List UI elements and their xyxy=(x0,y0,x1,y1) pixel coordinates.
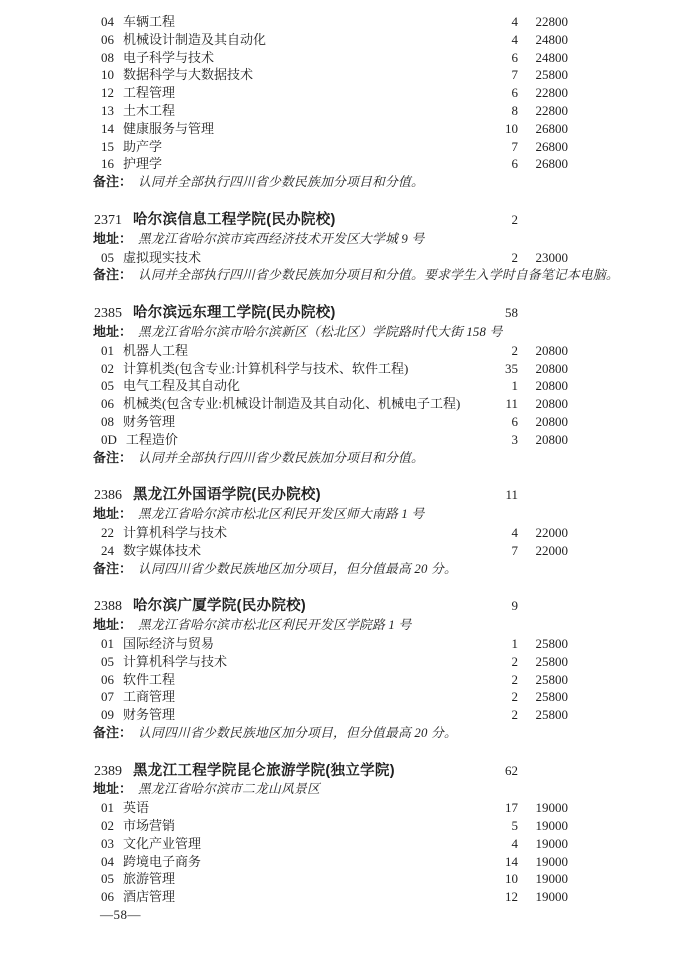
major-code: 08 xyxy=(101,49,114,67)
major-row: 07 工商管理 2 25800 xyxy=(94,688,568,706)
major-plan-count: 4 xyxy=(478,31,518,49)
major-name: 文化产业管理 xyxy=(123,835,478,853)
major-row: 06 酒店管理 12 19000 xyxy=(94,888,568,906)
major-code: 10 xyxy=(101,66,114,84)
major-tuition-fee: 23000 xyxy=(518,249,568,267)
major-code: 22 xyxy=(101,524,114,542)
address-row: 地址： 黑龙江省哈尔滨市哈尔滨新区（松北区）学院路时代大街 158 号 xyxy=(93,323,666,342)
major-tuition-fee: 19000 xyxy=(518,835,568,853)
major-name: 工程管理 xyxy=(123,84,478,102)
major-row: 02 市场营销 5 19000 xyxy=(94,817,568,835)
major-code: 13 xyxy=(101,102,114,120)
major-name: 机械类(包含专业:机械设计制造及其自动化、机械电子工程) xyxy=(123,395,478,413)
address-row: 地址： 黑龙江省哈尔滨市松北区利民开发区学院路 1 号 xyxy=(93,616,666,635)
university-name: 哈尔滨广厦学院(民办院校) xyxy=(133,598,478,616)
major-tuition-fee: 20800 xyxy=(518,413,568,431)
majors-list: 01 英语 17 19000 02 市场营销 5 19000 03 文化产业管理… xyxy=(0,799,680,906)
major-tuition-fee: 19000 xyxy=(518,817,568,835)
major-name: 软件工程 xyxy=(123,671,478,689)
major-plan-count: 10 xyxy=(478,870,518,888)
university-total-count: 58 xyxy=(478,304,518,322)
major-name: 计算机科学与技术 xyxy=(123,524,478,542)
major-row: 04 车辆工程 4 22800 xyxy=(94,13,568,31)
major-code: 09 xyxy=(101,706,114,724)
university-name: 哈尔滨信息工程学院(民办院校) xyxy=(133,212,478,230)
major-plan-count: 7 xyxy=(478,66,518,84)
major-plan-count: 5 xyxy=(478,817,518,835)
university-section: 2385 哈尔滨远东理工学院(民办院校) 58 地址： 黑龙江省哈尔滨市哈尔滨新… xyxy=(0,304,680,467)
major-plan-count: 12 xyxy=(478,888,518,906)
major-tuition-fee: 20800 xyxy=(518,360,568,378)
major-plan-count: 3 xyxy=(478,431,518,449)
major-row: 05 虚拟现实技术 2 23000 xyxy=(94,249,568,267)
major-plan-count: 2 xyxy=(478,249,518,267)
majors-list: 01 国际经济与贸易 1 25800 05 计算机科学与技术 2 25800 0… xyxy=(0,635,680,724)
major-tuition-fee: 22000 xyxy=(518,524,568,542)
university-total-count: 9 xyxy=(478,597,518,615)
major-name: 国际经济与贸易 xyxy=(123,635,478,653)
major-row: 16 护理学 6 26800 xyxy=(94,155,568,173)
major-row: 05 计算机科学与技术 2 25800 xyxy=(94,653,568,671)
major-row: 03 文化产业管理 4 19000 xyxy=(94,835,568,853)
major-tuition-fee: 24800 xyxy=(518,31,568,49)
major-plan-count: 6 xyxy=(478,84,518,102)
remark-label: 备注： xyxy=(93,560,132,578)
major-row: 04 跨境电子商务 14 19000 xyxy=(94,853,568,871)
majors-list: 04 车辆工程 4 22800 06 机械设计制造及其自动化 4 24800 0… xyxy=(0,13,680,173)
major-plan-count: 4 xyxy=(478,835,518,853)
university-header-row: 2388 哈尔滨广厦学院(民办院校) 9 xyxy=(94,597,568,616)
major-name: 财务管理 xyxy=(123,413,478,431)
major-row: 15 助产学 7 26800 xyxy=(94,138,568,156)
major-name: 护理学 xyxy=(123,155,478,173)
address-label: 地址： xyxy=(93,780,132,798)
major-name: 电子科学与技术 xyxy=(123,49,478,67)
major-code: 07 xyxy=(101,688,114,706)
major-code: 02 xyxy=(101,817,114,835)
university-code: 2388 xyxy=(94,598,122,616)
major-tuition-fee: 25800 xyxy=(518,66,568,84)
major-code: 06 xyxy=(101,671,114,689)
university-code: 2389 xyxy=(94,763,122,781)
major-tuition-fee: 22800 xyxy=(518,84,568,102)
university-total-count: 11 xyxy=(478,486,518,504)
major-tuition-fee: 25800 xyxy=(518,653,568,671)
major-name: 数字媒体技术 xyxy=(123,542,478,560)
major-plan-count: 2 xyxy=(478,671,518,689)
major-code: 04 xyxy=(101,853,114,871)
major-plan-count: 2 xyxy=(478,342,518,360)
major-code: 05 xyxy=(101,653,114,671)
remark-row: 备注： 认同并全部执行四川省少数民族加分项目和分值。 xyxy=(93,173,666,192)
major-tuition-fee: 19000 xyxy=(518,870,568,888)
major-name: 财务管理 xyxy=(123,706,478,724)
major-name: 虚拟现实技术 xyxy=(123,249,478,267)
admission-plan-page: 04 车辆工程 4 22800 06 机械设计制造及其自动化 4 24800 0… xyxy=(0,0,680,924)
major-plan-count: 6 xyxy=(478,413,518,431)
major-tuition-fee: 26800 xyxy=(518,138,568,156)
major-plan-count: 2 xyxy=(478,653,518,671)
major-code: 12 xyxy=(101,84,114,102)
address-text: 黑龙江省哈尔滨市松北区利民开发区学院路 1 号 xyxy=(138,617,411,635)
major-plan-count: 4 xyxy=(478,13,518,31)
university-name: 黑龙江外国语学院(民办院校) xyxy=(133,487,478,505)
major-row: 06 软件工程 2 25800 xyxy=(94,671,568,689)
major-tuition-fee: 19000 xyxy=(518,888,568,906)
major-tuition-fee: 22000 xyxy=(518,542,568,560)
address-text: 黑龙江省哈尔滨市宾西经济技术开发区大学城 9 号 xyxy=(138,231,424,249)
major-plan-count: 2 xyxy=(478,688,518,706)
remark-label: 备注： xyxy=(93,266,132,284)
major-tuition-fee: 22800 xyxy=(518,13,568,31)
address-label: 地址： xyxy=(93,230,132,248)
major-plan-count: 10 xyxy=(478,120,518,138)
university-section: 04 车辆工程 4 22800 06 机械设计制造及其自动化 4 24800 0… xyxy=(0,13,680,192)
major-name: 酒店管理 xyxy=(123,888,478,906)
address-label: 地址： xyxy=(93,323,132,341)
major-code: 01 xyxy=(101,635,114,653)
major-tuition-fee: 26800 xyxy=(518,155,568,173)
remark-text: 认同四川省少数民族地区加分项目，但分值最高 20 分。 xyxy=(138,725,457,743)
major-code: 06 xyxy=(101,31,114,49)
major-row: 05 旅游管理 10 19000 xyxy=(94,870,568,888)
major-code: 05 xyxy=(101,249,114,267)
major-row: 13 土木工程 8 22800 xyxy=(94,102,568,120)
major-row: 01 英语 17 19000 xyxy=(94,799,568,817)
address-label: 地址： xyxy=(93,616,132,634)
major-row: 02 计算机类(包含专业:计算机科学与技术、软件工程) 35 20800 xyxy=(94,360,568,378)
major-code: 04 xyxy=(101,13,114,31)
major-plan-count: 7 xyxy=(478,138,518,156)
major-row: 08 财务管理 6 20800 xyxy=(94,413,568,431)
major-code: 02 xyxy=(101,360,114,378)
major-tuition-fee: 20800 xyxy=(518,377,568,395)
major-name: 跨境电子商务 xyxy=(123,853,478,871)
page-number: —58— xyxy=(100,906,680,924)
remark-row: 备注： 认同并全部执行四川省少数民族加分项目和分值。要求学生入学时自备笔记本电脑… xyxy=(93,266,666,285)
major-row: 14 健康服务与管理 10 26800 xyxy=(94,120,568,138)
major-row: 09 财务管理 2 25800 xyxy=(94,706,568,724)
major-row: 10 数据科学与大数据技术 7 25800 xyxy=(94,66,568,84)
major-row: 01 国际经济与贸易 1 25800 xyxy=(94,635,568,653)
major-row: 08 电子科学与技术 6 24800 xyxy=(94,49,568,67)
major-plan-count: 11 xyxy=(478,395,518,413)
major-name: 土木工程 xyxy=(123,102,478,120)
university-section: 2371 哈尔滨信息工程学院(民办院校) 2 地址： 黑龙江省哈尔滨市宾西经济技… xyxy=(0,211,680,285)
major-plan-count: 8 xyxy=(478,102,518,120)
university-header-row: 2389 黑龙江工程学院昆仑旅游学院(独立学院) 62 xyxy=(94,762,568,781)
major-tuition-fee: 25800 xyxy=(518,706,568,724)
major-name: 机械设计制造及其自动化 xyxy=(123,31,478,49)
major-tuition-fee: 20800 xyxy=(518,395,568,413)
major-tuition-fee: 19000 xyxy=(518,799,568,817)
university-section: 2386 黑龙江外国语学院(民办院校) 11 地址： 黑龙江省哈尔滨市松北区利民… xyxy=(0,486,680,578)
major-code: 08 xyxy=(101,413,114,431)
address-row: 地址： 黑龙江省哈尔滨市二龙山风景区 xyxy=(93,780,666,799)
major-tuition-fee: 25800 xyxy=(518,635,568,653)
major-plan-count: 7 xyxy=(478,542,518,560)
remark-row: 备注： 认同四川省少数民族地区加分项目，但分值最高 20 分。 xyxy=(93,560,666,579)
remark-text: 认同并全部执行四川省少数民族加分项目和分值。要求学生入学时自备笔记本电脑。 xyxy=(138,267,619,285)
major-plan-count: 14 xyxy=(478,853,518,871)
major-code: 15 xyxy=(101,138,114,156)
major-name: 车辆工程 xyxy=(123,13,478,31)
remark-text: 认同并全部执行四川省少数民族加分项目和分值。 xyxy=(138,174,424,192)
major-row: 01 机器人工程 2 20800 xyxy=(94,342,568,360)
remark-label: 备注： xyxy=(93,724,132,742)
remark-row: 备注： 认同并全部执行四川省少数民族加分项目和分值。 xyxy=(93,449,666,468)
remark-label: 备注： xyxy=(93,173,132,191)
remark-text: 认同并全部执行四川省少数民族加分项目和分值。 xyxy=(138,450,424,468)
major-row: 22 计算机科学与技术 4 22000 xyxy=(94,524,568,542)
major-tuition-fee: 22800 xyxy=(518,102,568,120)
major-name: 机器人工程 xyxy=(123,342,478,360)
major-plan-count: 17 xyxy=(478,799,518,817)
major-plan-count: 1 xyxy=(478,377,518,395)
major-tuition-fee: 25800 xyxy=(518,688,568,706)
major-code: 03 xyxy=(101,835,114,853)
major-name: 数据科学与大数据技术 xyxy=(123,66,478,84)
major-code: 05 xyxy=(101,377,114,395)
university-name: 哈尔滨远东理工学院(民办院校) xyxy=(133,305,478,323)
major-name: 计算机类(包含专业:计算机科学与技术、软件工程) xyxy=(123,360,478,378)
major-code: 01 xyxy=(101,342,114,360)
major-code: 01 xyxy=(101,799,114,817)
address-label: 地址： xyxy=(93,505,132,523)
university-header-row: 2386 黑龙江外国语学院(民办院校) 11 xyxy=(94,486,568,505)
major-name: 旅游管理 xyxy=(123,870,478,888)
majors-list: 22 计算机科学与技术 4 22000 24 数字媒体技术 7 22000 xyxy=(0,524,680,560)
major-row: 05 电气工程及其自动化 1 20800 xyxy=(94,377,568,395)
major-name: 健康服务与管理 xyxy=(123,120,478,138)
majors-list: 01 机器人工程 2 20800 02 计算机类(包含专业:计算机科学与技术、软… xyxy=(0,342,680,449)
address-row: 地址： 黑龙江省哈尔滨市宾西经济技术开发区大学城 9 号 xyxy=(93,230,666,249)
major-tuition-fee: 24800 xyxy=(518,49,568,67)
university-section: 2388 哈尔滨广厦学院(民办院校) 9 地址： 黑龙江省哈尔滨市松北区利民开发… xyxy=(0,597,680,742)
address-text: 黑龙江省哈尔滨市二龙山风景区 xyxy=(138,781,320,799)
major-name: 电气工程及其自动化 xyxy=(123,377,478,395)
major-row: 06 机械类(包含专业:机械设计制造及其自动化、机械电子工程) 11 20800 xyxy=(94,395,568,413)
university-total-count: 2 xyxy=(478,211,518,229)
remark-text: 认同四川省少数民族地区加分项目，但分值最高 20 分。 xyxy=(138,561,457,579)
major-tuition-fee: 20800 xyxy=(518,431,568,449)
university-header-row: 2385 哈尔滨远东理工学院(民办院校) 58 xyxy=(94,304,568,323)
major-row: 12 工程管理 6 22800 xyxy=(94,84,568,102)
major-name: 市场营销 xyxy=(123,817,478,835)
university-header-row: 2371 哈尔滨信息工程学院(民办院校) 2 xyxy=(94,211,568,230)
major-name: 英语 xyxy=(123,799,478,817)
major-plan-count: 6 xyxy=(478,155,518,173)
university-section: 2389 黑龙江工程学院昆仑旅游学院(独立学院) 62 地址： 黑龙江省哈尔滨市… xyxy=(0,762,680,906)
major-plan-count: 1 xyxy=(478,635,518,653)
major-code: 16 xyxy=(101,155,114,173)
major-code: 06 xyxy=(101,395,114,413)
majors-list: 05 虚拟现实技术 2 23000 xyxy=(0,249,680,267)
major-plan-count: 35 xyxy=(478,360,518,378)
major-tuition-fee: 25800 xyxy=(518,671,568,689)
address-row: 地址： 黑龙江省哈尔滨市松北区利民开发区师大南路 1 号 xyxy=(93,505,666,524)
address-text: 黑龙江省哈尔滨市哈尔滨新区（松北区）学院路时代大街 158 号 xyxy=(138,324,503,342)
major-row: 0D 工程造价 3 20800 xyxy=(94,431,568,449)
major-tuition-fee: 26800 xyxy=(518,120,568,138)
remark-label: 备注： xyxy=(93,449,132,467)
major-tuition-fee: 20800 xyxy=(518,342,568,360)
major-name: 工商管理 xyxy=(123,688,478,706)
major-plan-count: 4 xyxy=(478,524,518,542)
major-name: 计算机科学与技术 xyxy=(123,653,478,671)
major-code: 06 xyxy=(101,888,114,906)
major-name: 工程造价 xyxy=(126,431,478,449)
university-code: 2385 xyxy=(94,305,122,323)
major-tuition-fee: 19000 xyxy=(518,853,568,871)
major-code: 14 xyxy=(101,120,114,138)
major-name: 助产学 xyxy=(123,138,478,156)
major-code: 05 xyxy=(101,870,114,888)
university-code: 2371 xyxy=(94,212,122,230)
university-code: 2386 xyxy=(94,487,122,505)
major-code: 24 xyxy=(101,542,114,560)
major-code: 0D xyxy=(101,431,117,449)
major-plan-count: 6 xyxy=(478,49,518,67)
university-total-count: 62 xyxy=(478,762,518,780)
remark-row: 备注： 认同四川省少数民族地区加分项目，但分值最高 20 分。 xyxy=(93,724,666,743)
university-name: 黑龙江工程学院昆仑旅游学院(独立学院) xyxy=(133,763,478,781)
sections-container: 04 车辆工程 4 22800 06 机械设计制造及其自动化 4 24800 0… xyxy=(0,13,680,906)
major-row: 24 数字媒体技术 7 22000 xyxy=(94,542,568,560)
major-row: 06 机械设计制造及其自动化 4 24800 xyxy=(94,31,568,49)
address-text: 黑龙江省哈尔滨市松北区利民开发区师大南路 1 号 xyxy=(138,506,424,524)
major-plan-count: 2 xyxy=(478,706,518,724)
